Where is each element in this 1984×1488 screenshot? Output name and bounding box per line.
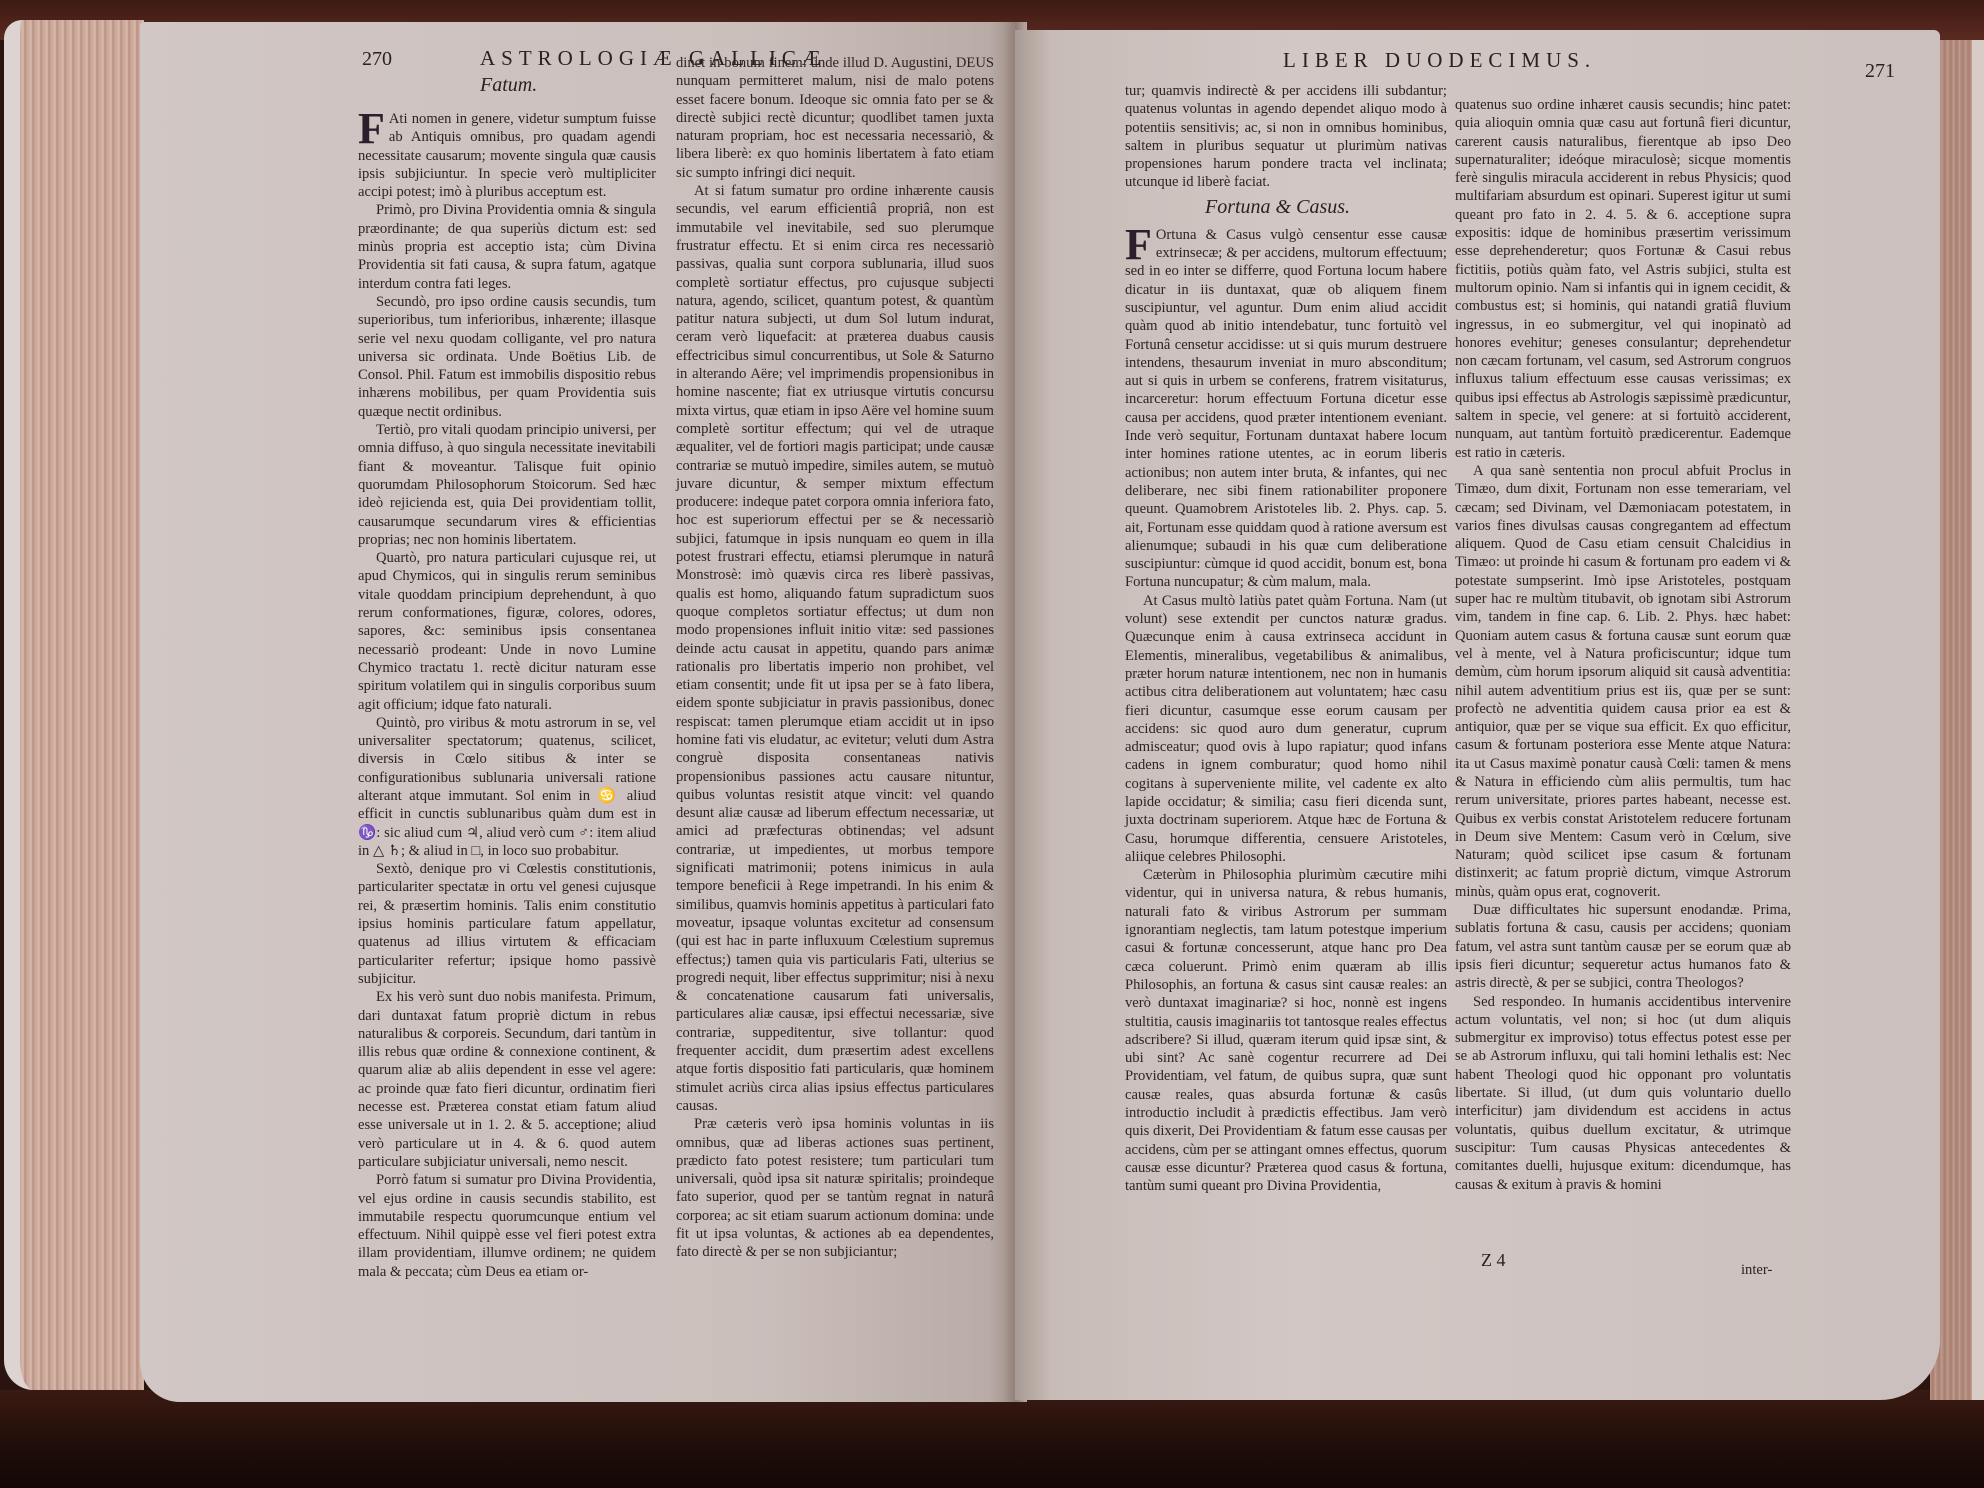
drop-cap-F: F xyxy=(1125,228,1152,262)
paragraph: dinet in bonum finem: unde illud D. Augu… xyxy=(676,54,994,182)
section-title-fortuna-casus: Fortuna & Casus. xyxy=(1205,198,1350,216)
signature-mark: Z 4 xyxy=(1481,1250,1506,1271)
paragraph: Primò, pro Divina Providentia omnia & si… xyxy=(358,201,656,292)
paragraph: Duæ difficultates hic supersunt enodandæ… xyxy=(1455,901,1791,992)
left-page-column-1: FAti nomen in genere, videtur sumptum fu… xyxy=(358,110,656,1281)
paragraph: Cæterùm in Philosophia plurimùm cæcutire… xyxy=(1125,866,1447,1195)
right-page-column-2: quatenus suo ordine inhæret causis secun… xyxy=(1455,96,1791,1194)
paragraph: Quartò, pro natura particulari cujusque … xyxy=(358,549,656,714)
paragraph: Tertiò, pro vitali quodam principio univ… xyxy=(358,421,656,549)
paragraph: Porrò fatum si sumatur pro Divina Provid… xyxy=(358,1171,656,1281)
page-number-right: 271 xyxy=(1865,60,1895,83)
right-page-column-1: tur; quamvis indirectè & per accidens il… xyxy=(1125,82,1447,1196)
section-title-fatum: Fatum. xyxy=(480,74,537,97)
paragraph: At Casus multò latiùs patet quàm Fortuna… xyxy=(1125,592,1447,866)
paragraph: Secundò, pro ipso ordine causis secundis… xyxy=(358,293,656,421)
catchword: inter- xyxy=(1741,1262,1772,1279)
paragraph: FOrtuna & Casus vulgò censentur esse cau… xyxy=(1125,226,1447,592)
right-page: LIBER DUODECIMUS. 271 tur; quamvis indir… xyxy=(1015,30,1940,1400)
paragraph: tur; quamvis indirectè & per accidens il… xyxy=(1125,82,1447,192)
paragraph: Quintò, pro viribus & motu astrorum in s… xyxy=(358,714,656,860)
drop-cap-F: F xyxy=(358,112,385,146)
page-number-left: 270 xyxy=(362,48,392,71)
left-page: 270 ASTROLOGIÆ GALLICÆ Fatum. FAti nomen… xyxy=(140,22,1015,1402)
paragraph: Sed respondeo. In humanis accidentibus i… xyxy=(1455,993,1791,1194)
paragraph: A qua sanè sententia non procul abfuit P… xyxy=(1455,462,1791,901)
paragraph: Sextò, denique pro vi Cœlestis constitut… xyxy=(358,860,656,988)
left-page-column-2: dinet in bonum finem: unde illud D. Augu… xyxy=(676,54,994,1262)
section-title-wrapper: Fortuna & Casus. xyxy=(1125,192,1447,226)
table-surface xyxy=(0,1390,1984,1488)
paragraph: quatenus suo ordine inhæret causis secun… xyxy=(1455,96,1791,462)
paragraph: At si fatum sumatur pro ordine inhærente… xyxy=(676,182,994,1115)
running-head-right: LIBER DUODECIMUS. xyxy=(1283,48,1596,73)
paragraph: Præ cæteris verò ipsa hominis voluntas i… xyxy=(676,1115,994,1261)
left-page-stack-edge xyxy=(4,20,144,1390)
paragraph: Ex his verò sunt duo nobis manifesta. Pr… xyxy=(358,988,656,1171)
paragraph: FAti nomen in genere, videtur sumptum fu… xyxy=(358,110,656,201)
